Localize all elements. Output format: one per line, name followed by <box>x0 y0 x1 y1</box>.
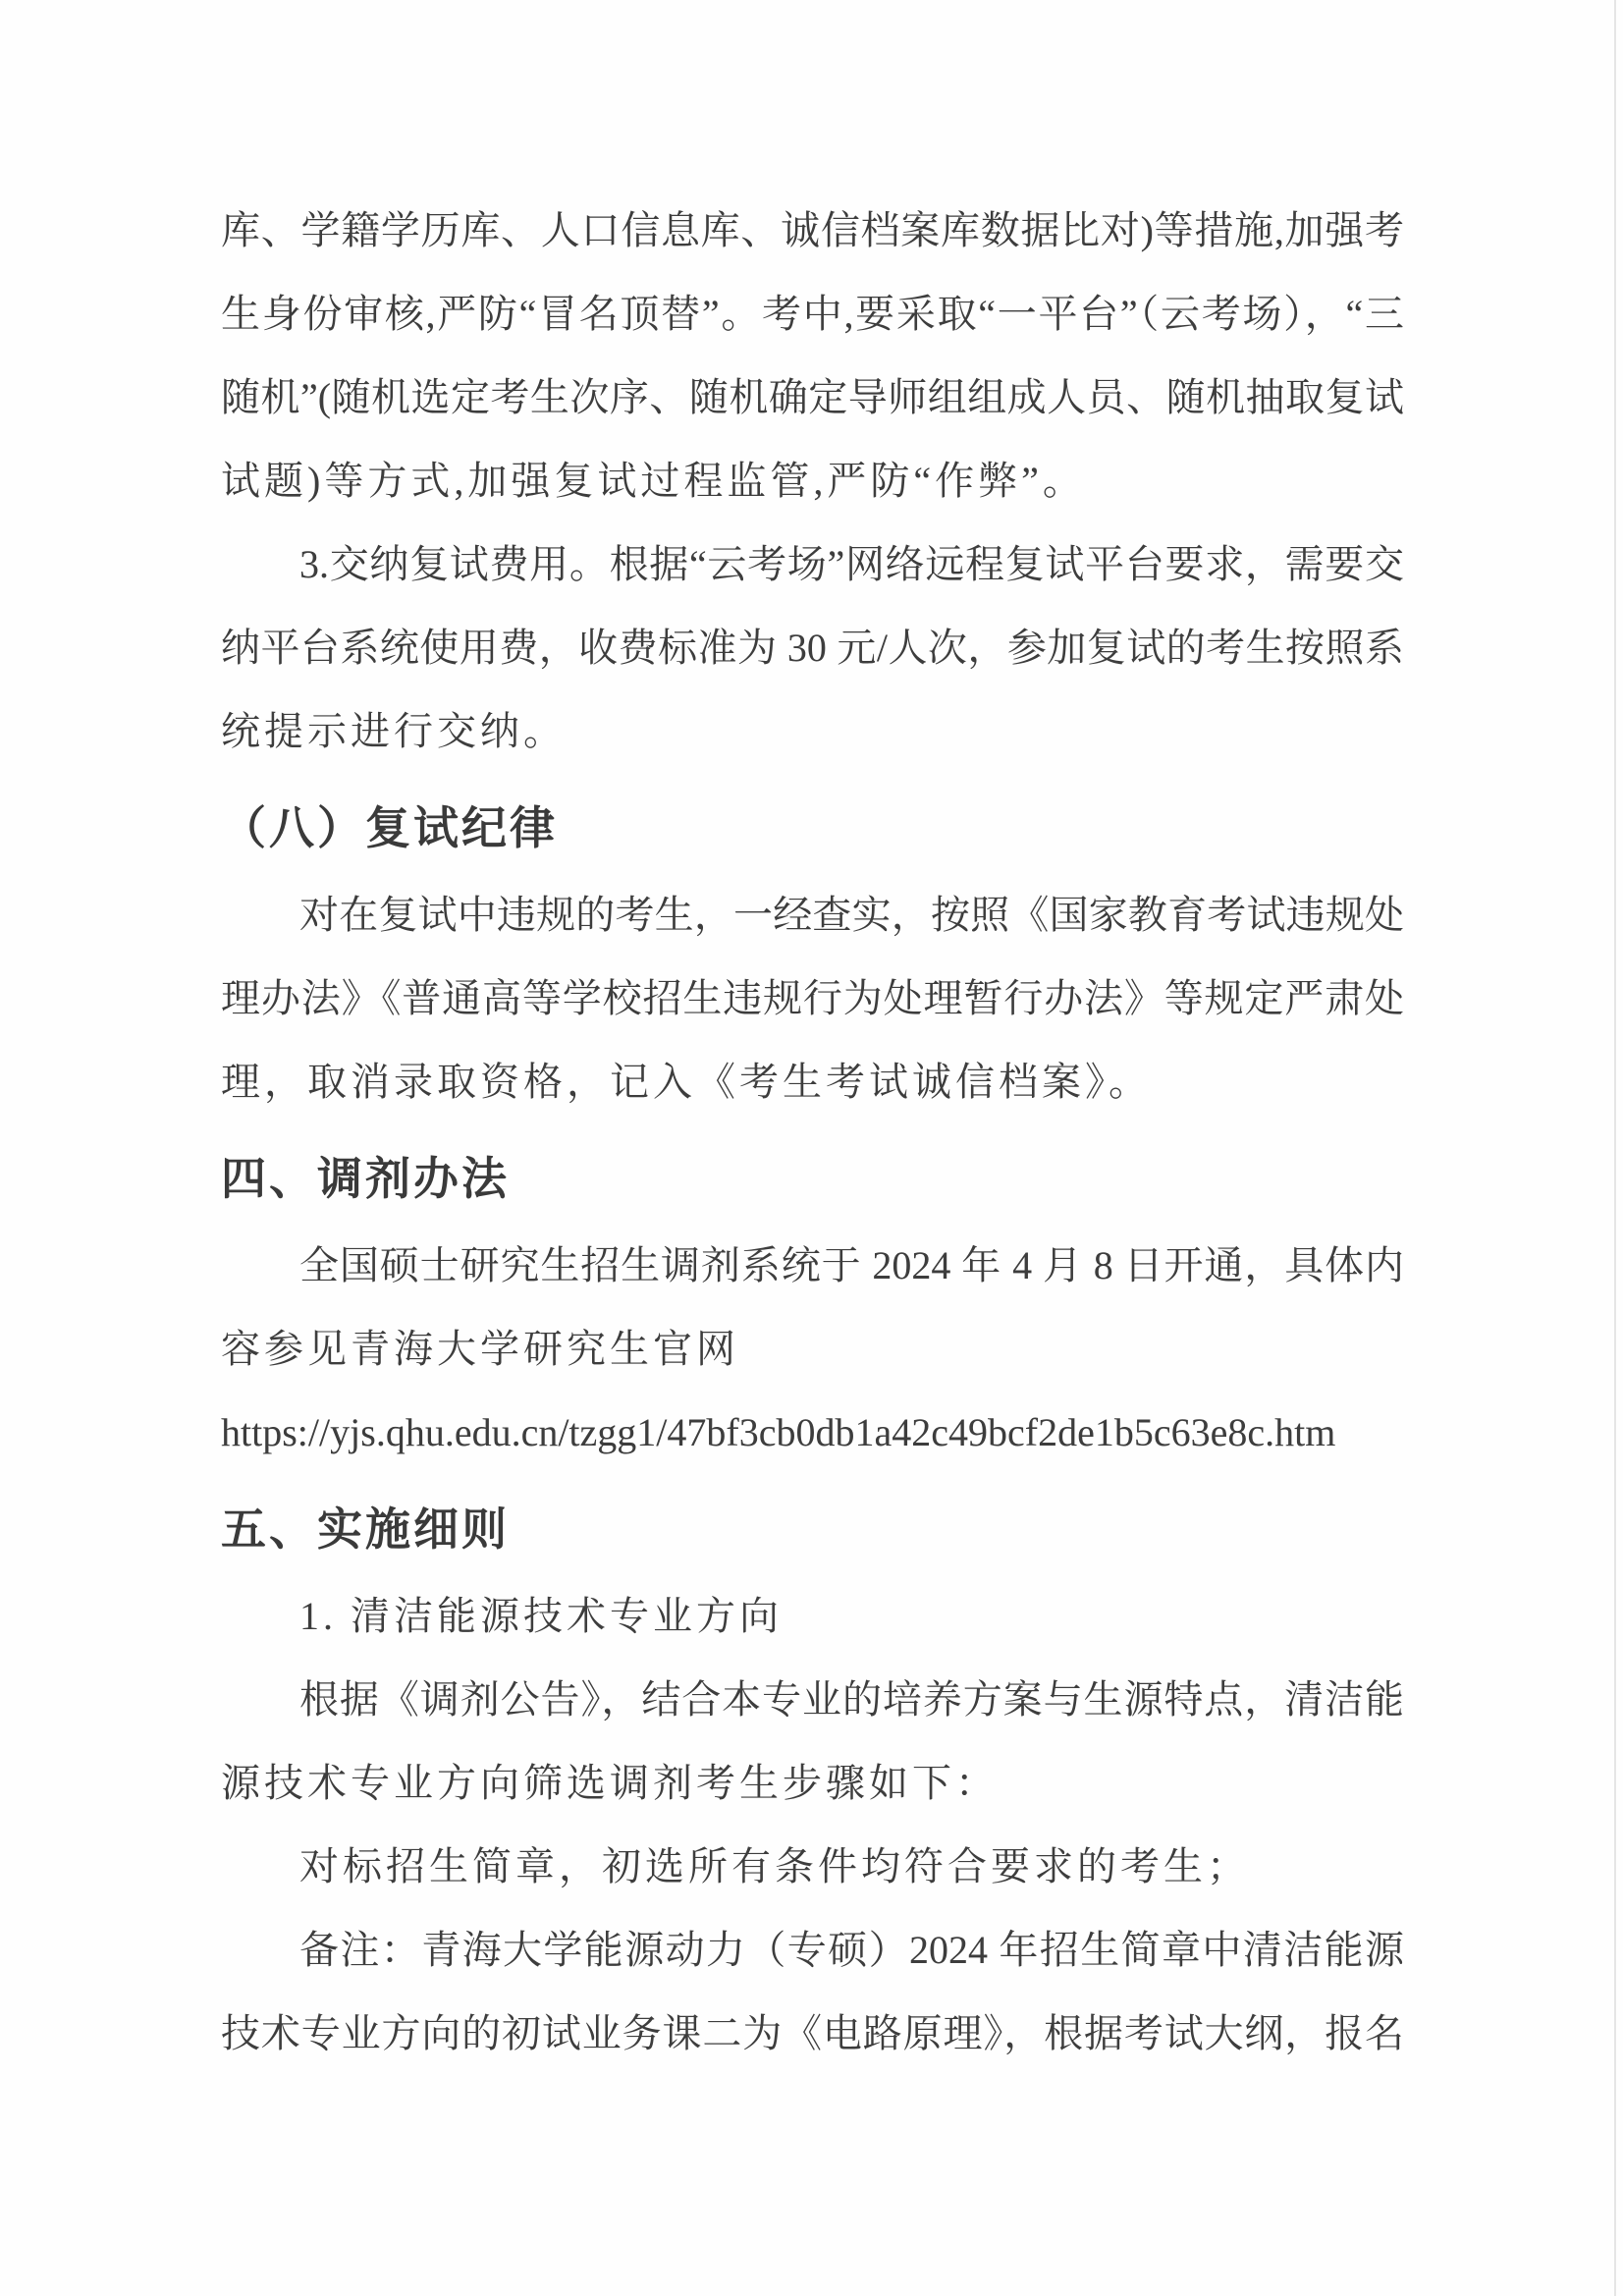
doc-line: 全国硕士研究生招生调剂系统于 2024 年 4 月 8 日开通，具体内 <box>221 1224 1404 1307</box>
doc-line: 统提示进行交纳。 <box>221 689 1404 773</box>
heading-implementation-rules: 五、实施细则 <box>221 1484 1404 1574</box>
doc-line: 理，取消录取资格，记入《考生考试诚信档案》。 <box>221 1040 1404 1123</box>
doc-line: 根据《调剂公告》，结合本专业的培养方案与生源特点，清洁能 <box>221 1658 1404 1741</box>
doc-line: 技术专业方向的初试业务课二为《电路原理》，根据考试大纲，报名 <box>221 1992 1404 2075</box>
doc-line: 纳平台系统使用费，收费标准为 30 元/人次，参加复试的考生按照系 <box>221 606 1404 689</box>
doc-line: 理办法》《普通高等学校招生违规行为处理暂行办法》等规定严肃处 <box>221 957 1404 1040</box>
doc-line: 3.交纳复试费用。根据“云考场”网络远程复试平台要求，需要交 <box>221 522 1404 606</box>
doc-line: 1. 清洁能源技术专业方向 <box>221 1574 1404 1658</box>
doc-line: 随机”(随机选定考生次序、随机确定导师组组成人员、随机抽取复试 <box>221 355 1404 439</box>
doc-line: 库、学籍学历库、人口信息库、诚信档案库数据比对)等措施,加强考 <box>221 189 1404 272</box>
doc-line: 试题)等方式,加强复试过程监管,严防“作弊”。 <box>221 439 1404 522</box>
doc-line: 源技术专业方向筛选调剂考生步骤如下： <box>221 1741 1404 1825</box>
heading-review-discipline: （八）复试纪律 <box>221 783 1404 873</box>
heading-adjustment-measures: 四、调剂办法 <box>221 1133 1404 1224</box>
url-text: https://yjs.qhu.edu.cn/tzgg1/47bf3cb0db1… <box>221 1391 1404 1474</box>
document-page: 库、学籍学历库、人口信息库、诚信档案库数据比对)等措施,加强考 生身份审核,严防… <box>0 0 1623 2296</box>
doc-line: 对在复试中违规的考生，一经查实，按照《国家教育考试违规处 <box>221 873 1404 957</box>
doc-line: 生身份审核,严防“冒名顶替”。考中,要采取“一平台”（云考场），“三 <box>221 272 1404 355</box>
scan-artifact-line <box>1614 0 1616 2296</box>
doc-line: 容参见青海大学研究生官网 <box>221 1307 1404 1391</box>
doc-line: 对标招生简章，初选所有条件均符合要求的考生； <box>221 1825 1404 1908</box>
doc-line: 备注：青海大学能源动力（专硕）2024 年招生简章中清洁能源 <box>221 1908 1404 1992</box>
